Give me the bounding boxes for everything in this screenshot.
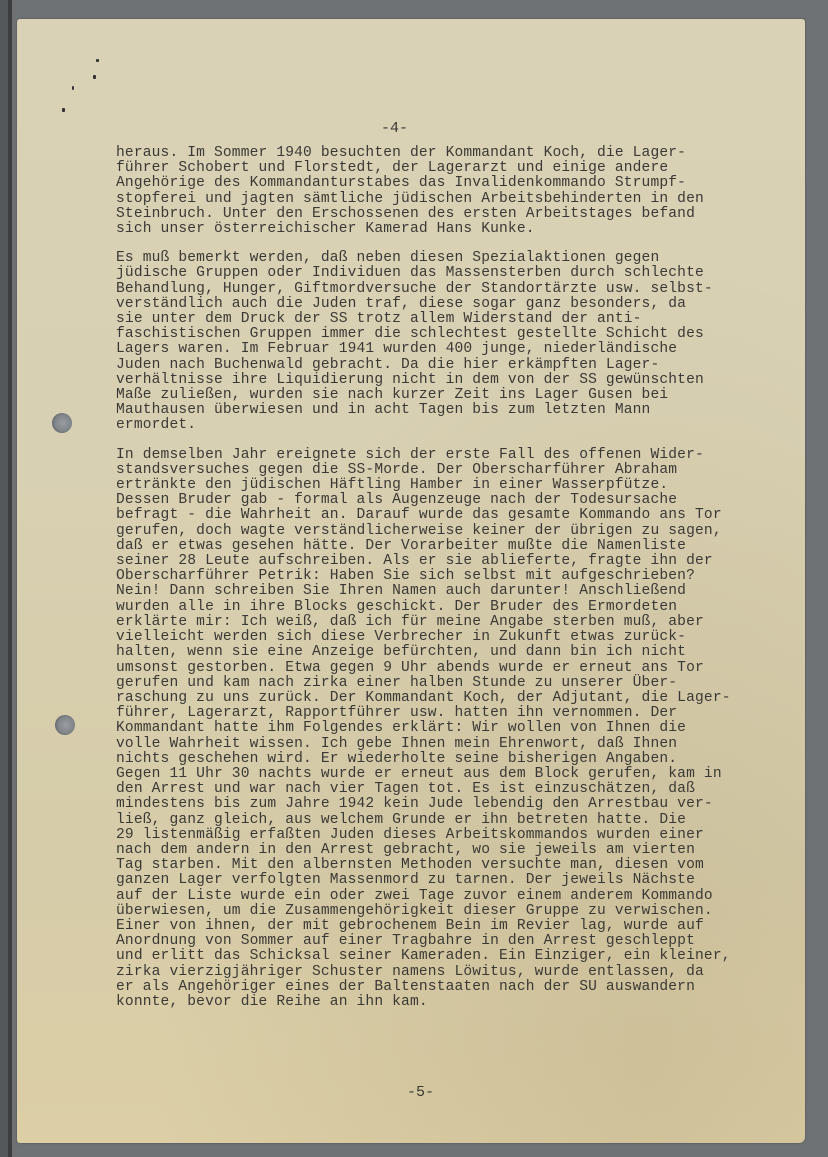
text-line: auf der Liste wurde ein oder zwei Tage z… bbox=[116, 889, 796, 904]
text-line: Einer von ihnen, der mit gebrochenem Bei… bbox=[116, 919, 796, 934]
text-line: ließ, ganz gleich, aus welchem Grunde er… bbox=[116, 813, 796, 828]
paragraph-3: In demselben Jahr ereignete sich der ers… bbox=[116, 448, 796, 1011]
text-line: konnte, bevor die Reihe an ihn kam. bbox=[116, 995, 796, 1010]
text-line: erklärte mir: Ich weiß, daß ich für mein… bbox=[116, 615, 796, 630]
text-line: Nein! Dann schreiben Sie Ihren Namen auc… bbox=[116, 584, 796, 599]
paper-speck bbox=[96, 59, 99, 62]
text-line: führer, Lagerarzt, Rapportführer usw. ha… bbox=[116, 706, 796, 721]
text-line: ermordet. bbox=[116, 418, 796, 433]
text-line: ertränkte den jüdischen Häftling Hamber … bbox=[116, 478, 796, 493]
text-line: nach dem andern in den Arrest gebracht, … bbox=[116, 843, 796, 858]
text-line: Gegen 11 Uhr 30 nachts wurde er erneut a… bbox=[116, 767, 796, 782]
text-line: umsonst gestorben. Etwa gegen 9 Uhr aben… bbox=[116, 661, 796, 676]
text-line: verständlich auch die Juden traf, diese … bbox=[116, 297, 796, 312]
text-line: volle Wahrheit wissen. Ich gebe Ihnen me… bbox=[116, 737, 796, 752]
punch-hole-upper bbox=[52, 413, 72, 433]
text-line: er als Angehöriger eines der Baltenstaat… bbox=[116, 980, 796, 995]
text-line: seiner 28 Leute aufschreiben. Als er sie… bbox=[116, 554, 796, 569]
text-line: Es muß bemerkt werden, daß neben diesen … bbox=[116, 251, 796, 266]
text-line: Tag starben. Mit den albernsten Methoden… bbox=[116, 858, 796, 873]
text-line: daß er etwas gesehen hätte. Der Vorarbei… bbox=[116, 539, 796, 554]
text-line: gerufen und kam nach zirka einer halben … bbox=[116, 676, 796, 691]
text-line: halten, wenn sie eine Anzeige befürchten… bbox=[116, 645, 796, 660]
text-line: zirka vierzigjähriger Schuster namens Lö… bbox=[116, 965, 796, 980]
text-line: nichts geschehen wird. Er wiederholte se… bbox=[116, 752, 796, 767]
text-line: Oberscharführer Petrik: Haben Sie sich s… bbox=[116, 569, 796, 584]
text-line: jüdische Gruppen oder Individuen das Mas… bbox=[116, 266, 796, 281]
text-line: Anordnung von Sommer auf einer Tragbahre… bbox=[116, 934, 796, 949]
text-line: verhältnisse ihre Liquidierung nicht in … bbox=[116, 373, 796, 388]
text-line: Maße zuließen, wurden sie nach kurzer Ze… bbox=[116, 388, 796, 403]
text-line: führer Schobert und Florstedt, der Lager… bbox=[116, 161, 796, 176]
text-line: Angehörige des Kommandanturstabes das In… bbox=[116, 176, 796, 191]
text-line: wurden alle in ihre Blocks geschickt. De… bbox=[116, 600, 796, 615]
punch-hole-lower bbox=[55, 715, 75, 735]
page-number-bottom: -5- bbox=[407, 1084, 434, 1101]
text-line: Kommandant hatte ihm Folgendes erklärt: … bbox=[116, 721, 796, 736]
document-body: heraus. Im Sommer 1940 besuchten der Kom… bbox=[116, 146, 796, 1024]
text-line: heraus. Im Sommer 1940 besuchten der Kom… bbox=[116, 146, 796, 161]
paper-speck bbox=[62, 108, 65, 112]
text-line: gerufen, doch wagte verständlicherweise … bbox=[116, 524, 796, 539]
text-line: Dessen Bruder gab - formal als Augenzeug… bbox=[116, 493, 796, 508]
text-line: sie unter dem Druck der SS trotz allem W… bbox=[116, 312, 796, 327]
page-number-top: -4- bbox=[381, 120, 408, 137]
text-line: und erlitt das Schicksal seiner Kamerade… bbox=[116, 949, 796, 964]
paragraph-1: heraus. Im Sommer 1940 besuchten der Kom… bbox=[116, 146, 796, 237]
text-line: Juden nach Buchenwald gebracht. Da die h… bbox=[116, 358, 796, 373]
text-line: den Arrest und war nach vier Tagen tot. … bbox=[116, 782, 796, 797]
text-line: Behandlung, Hunger, Giftmordversuche der… bbox=[116, 282, 796, 297]
text-line: 29 listenmäßig erfaßten Juden dieses Arb… bbox=[116, 828, 796, 843]
text-line: Mauthausen überwiesen und in acht Tagen … bbox=[116, 403, 796, 418]
text-line: standsversuches gegen die SS-Morde. Der … bbox=[116, 463, 796, 478]
text-line: faschistischen Gruppen immer die schlech… bbox=[116, 327, 796, 342]
scan-backdrop-strip bbox=[8, 0, 12, 1157]
text-line: mindestens bis zum Jahre 1942 kein Jude … bbox=[116, 797, 796, 812]
text-line: Lagers waren. Im Februar 1941 wurden 400… bbox=[116, 342, 796, 357]
paragraph-2: Es muß bemerkt werden, daß neben diesen … bbox=[116, 251, 796, 433]
text-line: raschung zu uns zurück. Der Kommandant K… bbox=[116, 691, 796, 706]
text-line: ganzen Lager verfolgten Massenmord zu ta… bbox=[116, 873, 796, 888]
paper-speck bbox=[93, 75, 96, 79]
text-line: vielleicht werden sich diese Verbrecher … bbox=[116, 630, 796, 645]
text-line: Steinbruch. Unter den Erschossenen des e… bbox=[116, 207, 796, 222]
text-line: befragt - die Wahrheit an. Darauf wurde … bbox=[116, 508, 796, 523]
text-line: überwiesen, um die Zusammengehörigkeit d… bbox=[116, 904, 796, 919]
text-line: stopferei und jagten sämtliche jüdischen… bbox=[116, 192, 796, 207]
paper-speck bbox=[72, 86, 74, 90]
text-line: sich unser österreichischer Kamerad Hans… bbox=[116, 222, 796, 237]
text-line: In demselben Jahr ereignete sich der ers… bbox=[116, 448, 796, 463]
